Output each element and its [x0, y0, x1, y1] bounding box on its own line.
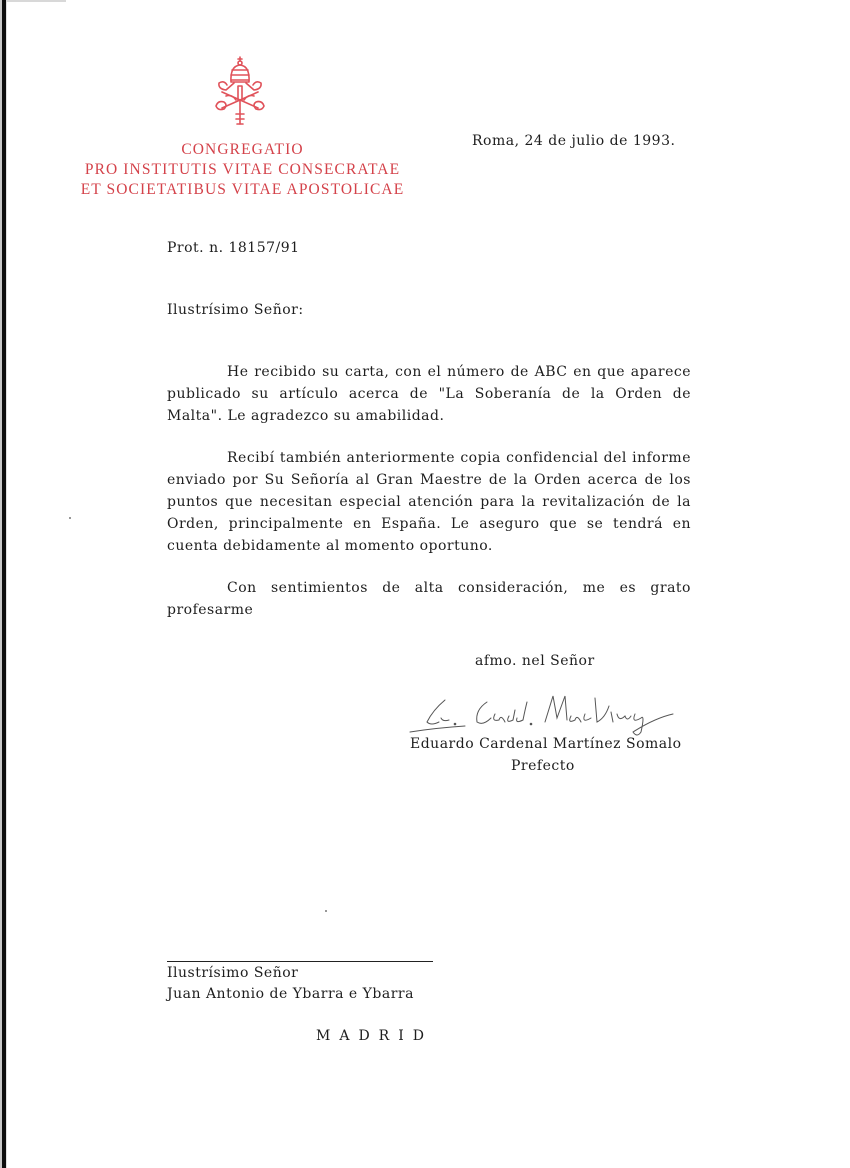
scan-speck — [325, 910, 327, 912]
salutation: Ilustrísimo Señor: — [167, 302, 304, 318]
protocol-number: Prot. n. 18157/91 — [167, 240, 300, 256]
addressee-title: Ilustrísimo Señor — [167, 965, 298, 981]
letter-date: Roma, 24 de julio de 1993. — [472, 133, 675, 149]
scan-edge-top — [6, 0, 66, 2]
addressee-name: Juan Antonio de Ybarra e Ybarra — [167, 986, 414, 1002]
letter-body: He recibido su carta, con el número de A… — [167, 362, 691, 643]
scan-edge — [0, 0, 7, 1168]
body-paragraph: Recibí también anteriormente copia confi… — [167, 448, 691, 557]
body-paragraph: He recibido su carta, con el número de A… — [167, 362, 691, 427]
signer-title: Prefecto — [511, 758, 575, 774]
handwritten-signature — [405, 688, 680, 738]
body-paragraph: Con sentimientos de alta consideración, … — [167, 578, 691, 622]
letterhead-line: PRO INSTITUTIS VITAE CONSECRATAE — [70, 160, 415, 180]
addressee-city: MADRID — [316, 1028, 433, 1044]
signer-name: Eduardo Cardenal Martínez Somalo — [410, 736, 682, 752]
scan-speck — [69, 517, 71, 519]
divider — [167, 961, 433, 962]
letterhead-organization: CONGREGATIO PRO INSTITUTIS VITAE CONSECR… — [70, 140, 415, 200]
letterhead-line: CONGREGATIO — [70, 140, 415, 160]
closing: afmo. nel Señor — [475, 653, 595, 669]
letterhead-line: ET SOCIETATIBUS VITAE APOSTOLICAE — [70, 180, 415, 200]
papal-crossed-keys-tiara-icon — [212, 56, 268, 128]
